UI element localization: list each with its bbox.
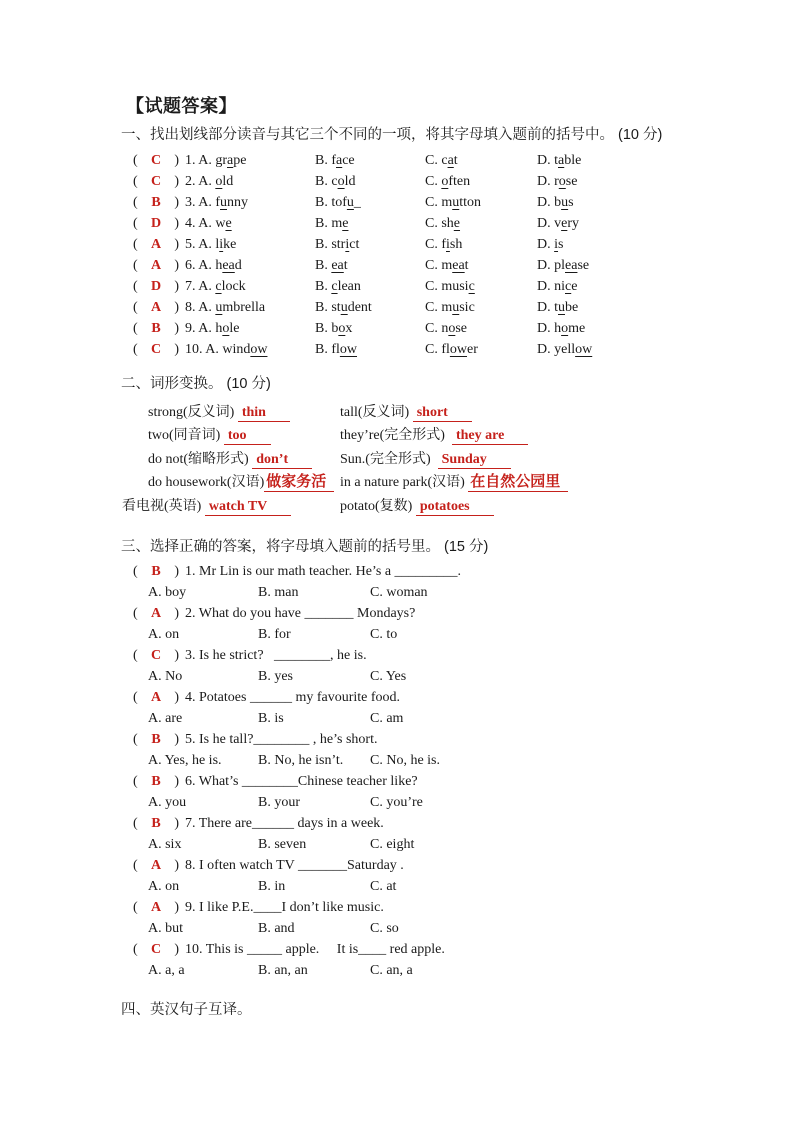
option-b: B. yes <box>258 666 370 687</box>
option-b: B. No, he isn’t. <box>258 750 370 771</box>
underlined-letters: ea <box>222 258 234 273</box>
option-b: B. is <box>258 708 370 729</box>
answer-letter: D <box>138 213 175 234</box>
option-d: D. bus <box>537 192 793 213</box>
transform-item: tall(反义词) short <box>340 401 793 424</box>
question-stem: 4. Potatoes ______ my favourite food. <box>185 687 400 708</box>
close-paren: ) <box>174 561 179 582</box>
option-d: D. yellow <box>537 339 793 360</box>
underlined-letters: i <box>345 237 349 252</box>
option-a: 4. A. we <box>185 213 315 234</box>
close-paren: ) <box>174 276 179 297</box>
option-b: B. cold <box>315 171 425 192</box>
option-c: C. woman <box>370 582 793 603</box>
item-answer: 在自然公园里 <box>468 474 568 492</box>
item-answer: don’t <box>252 452 312 469</box>
transform-item: Sun.(完全形式) Sunday <box>340 448 793 471</box>
underlined-letters: a <box>558 153 564 168</box>
underlined-letters: i <box>219 237 223 252</box>
item-label: potato(复数) <box>340 499 416 514</box>
option-a: A. on <box>148 876 258 897</box>
option-b: B. strict <box>315 234 425 255</box>
option-c: C. music <box>425 276 537 297</box>
close-paren: ) <box>174 339 179 360</box>
option-a: 3. A. funny <box>185 192 315 213</box>
option-b: B. in <box>258 876 370 897</box>
question-row: (B)1. Mr Lin is our math teacher. He’s a… <box>133 561 793 582</box>
section1-questions: (C)1. A. grapeB. faceC. catD. table(C)2.… <box>0 150 793 360</box>
question-block: (C)3. Is he strict? ________, he is.A. N… <box>0 645 793 687</box>
underlined-letters: u <box>452 300 459 315</box>
option-a: A. Yes, he is. <box>148 750 258 771</box>
close-paren: ) <box>174 897 179 918</box>
close-paren: ) <box>174 213 179 234</box>
transform-item: 看电视(英语) watch TV <box>122 495 340 518</box>
transform-item: strong(反义词) thin <box>148 401 340 424</box>
underlined-letters: ea <box>565 258 577 273</box>
question-row: (B)6. What’s ________Chinese teacher lik… <box>133 771 793 792</box>
answer-letter: D <box>138 276 175 297</box>
transform-row: 看电视(英语) watch TVpotato(复数) potatoes <box>122 495 793 518</box>
close-paren: ) <box>174 939 179 960</box>
answer-bracket: (B) <box>133 813 185 834</box>
close-paren: ) <box>174 192 179 213</box>
option-a: 2. A. old <box>185 171 315 192</box>
item-answer: thin <box>238 405 290 422</box>
option-c: C. eight <box>370 834 793 855</box>
question-stem: 2. What do you have _______ Mondays? <box>185 603 415 624</box>
item-label: in a nature park(汉语) <box>340 475 468 490</box>
question-row: (C)3. Is he strict? ________, he is. <box>133 645 793 666</box>
section2-heading: 二、词形变换。 (10 分) <box>121 375 793 394</box>
answer-bracket: (B) <box>133 192 185 213</box>
option-a: A. you <box>148 792 258 813</box>
option-c: C. nose <box>425 318 537 339</box>
question-row: (C)1. A. grapeB. faceC. catD. table <box>133 150 793 171</box>
answer-letter: A <box>138 687 175 708</box>
option-c: C. so <box>370 918 793 939</box>
answer-letter: B <box>138 318 175 339</box>
option-c: C. meat <box>425 255 537 276</box>
answer-letter: B <box>138 561 175 582</box>
question-row: (A)2. What do you have _______ Mondays? <box>133 603 793 624</box>
option-a: A. a, a <box>148 960 258 981</box>
question-row: (C)2. A. oldB. coldC. oftenD. rose <box>133 171 793 192</box>
answer-letter: A <box>138 255 175 276</box>
close-paren: ) <box>174 645 179 666</box>
item-label: tall(反义词) <box>340 405 413 420</box>
option-a: 7. A. clock <box>185 276 315 297</box>
answer-bracket: (B) <box>133 771 185 792</box>
question-row: (A)8. I often watch TV _______Saturday . <box>133 855 793 876</box>
question-row: (A)6. A. headB. eatC. meatD. please <box>133 255 793 276</box>
item-answer: too <box>224 428 271 445</box>
underlined-letters: o <box>441 174 448 189</box>
answer-sheet-page: 【试题答案】 一、找出划线部分读音与其它三个不同的一项，将其字母填入题前的括号中… <box>0 0 793 1122</box>
close-paren: ) <box>174 729 179 750</box>
answer-letter: B <box>138 729 175 750</box>
option-a: A. No <box>148 666 258 687</box>
page-title: 【试题答案】 <box>126 95 793 117</box>
option-a: A. are <box>148 708 258 729</box>
answer-letter: C <box>138 171 175 192</box>
options-row: A. Yes, he is.B. No, he isn’t.C. No, he … <box>148 750 793 771</box>
close-paren: ) <box>174 603 179 624</box>
answer-letter: A <box>138 603 175 624</box>
option-c: C. am <box>370 708 793 729</box>
question-row: (C)10. A. windowB. flowC. flowerD. yello… <box>133 339 793 360</box>
options-row: A. NoB. yesC. Yes <box>148 666 793 687</box>
option-a: 8. A. umbrella <box>185 297 315 318</box>
question-stem: 3. Is he strict? ________, he is. <box>185 645 367 666</box>
underlined-letters: e <box>225 216 231 231</box>
answer-bracket: (B) <box>133 729 185 750</box>
item-answer: potatoes <box>416 499 494 516</box>
option-a: A. boy <box>148 582 258 603</box>
options-row: A. youB. yourC. you’re <box>148 792 793 813</box>
answer-bracket: (D) <box>133 213 185 234</box>
option-c: C. at <box>370 876 793 897</box>
question-row: (A)8. A. umbrellaB. studentC. musicD. tu… <box>133 297 793 318</box>
answer-bracket: (C) <box>133 939 185 960</box>
answer-bracket: (A) <box>133 855 185 876</box>
option-c: C. No, he is. <box>370 750 793 771</box>
answer-bracket: (A) <box>133 297 185 318</box>
underlined-letters: a <box>336 153 342 168</box>
close-paren: ) <box>174 318 179 339</box>
transform-item: do housework(汉语)做家务活 <box>148 471 340 494</box>
question-block: (B)6. What’s ________Chinese teacher lik… <box>0 771 793 813</box>
answer-letter: C <box>138 645 175 666</box>
option-b: B. and <box>258 918 370 939</box>
transform-row: do not(缩略形式) don’tSun.(完全形式) Sunday <box>148 448 793 471</box>
underlined-letters: o <box>222 321 229 336</box>
item-label: two(同音词) <box>148 428 224 443</box>
question-block: (B)5. Is he tall?________ , he’s short.A… <box>0 729 793 771</box>
answer-letter: C <box>138 150 175 171</box>
underlined-letters: o <box>338 174 345 189</box>
underlined-letters: e <box>561 216 567 231</box>
item-answer: Sunday <box>438 452 511 469</box>
option-c: C. you’re <box>370 792 793 813</box>
underlined-letters: u <box>341 300 348 315</box>
close-paren: ) <box>174 687 179 708</box>
question-block: (B)7. There are______ days in a week.A. … <box>0 813 793 855</box>
item-answer: short <box>413 405 472 422</box>
section1-heading: 一、找出划线部分读音与其它三个不同的一项，将其字母填入题前的括号中。 (10 分… <box>121 126 793 145</box>
close-paren: ) <box>174 813 179 834</box>
question-block: (C)10. This is _____ apple. It is____ re… <box>0 939 793 981</box>
option-b: B. flow <box>315 339 425 360</box>
question-stem: 10. This is _____ apple. It is____ red a… <box>185 939 445 960</box>
option-b: B. man <box>258 582 370 603</box>
answer-letter: B <box>138 192 175 213</box>
item-label: do not(缩略形式) <box>148 452 252 467</box>
item-answer: watch TV <box>205 499 291 516</box>
close-paren: ) <box>174 150 179 171</box>
transform-item: do not(缩略形式) don’t <box>148 448 340 471</box>
answer-bracket: (B) <box>133 318 185 339</box>
question-row: (D)4. A. weB. meC. sheD. very <box>133 213 793 234</box>
item-answer: they are <box>452 428 528 445</box>
options-row: A. a, aB. an, anC. an, a <box>148 960 793 981</box>
item-label: they’re(完全形式) <box>340 428 452 443</box>
option-a: A. six <box>148 834 258 855</box>
option-b: B. seven <box>258 834 370 855</box>
underlined-letters: o <box>215 174 222 189</box>
question-stem: 9. I like P.E.____I don’t like music. <box>185 897 384 918</box>
option-d: D. rose <box>537 171 793 192</box>
close-paren: ) <box>174 255 179 276</box>
underlined-letters: u <box>561 195 568 210</box>
question-stem: 1. Mr Lin is our math teacher. He’s a __… <box>185 561 461 582</box>
answer-bracket: (C) <box>133 150 185 171</box>
underlined-letters: c <box>469 279 475 294</box>
underlined-letters: c <box>331 279 337 294</box>
answer-letter: A <box>138 855 175 876</box>
option-b: B. student <box>315 297 425 318</box>
answer-letter: B <box>138 771 175 792</box>
options-row: A. areB. isC. am <box>148 708 793 729</box>
option-c: C. cat <box>425 150 537 171</box>
option-c: C. music <box>425 297 537 318</box>
option-c: C. often <box>425 171 537 192</box>
answer-letter: A <box>138 297 175 318</box>
question-row: (B)7. There are______ days in a week. <box>133 813 793 834</box>
item-label: do housework(汉语) <box>148 475 264 490</box>
transform-row: strong(反义词) thintall(反义词) short <box>148 401 793 424</box>
underlined-letters: u <box>215 300 222 315</box>
question-row: (B)9. A. holeB. boxC. noseD. home <box>133 318 793 339</box>
option-c: C. to <box>370 624 793 645</box>
underlined-letters: a <box>227 153 233 168</box>
question-stem: 6. What’s ________Chinese teacher like? <box>185 771 418 792</box>
question-block: (A)4. Potatoes ______ my favourite food.… <box>0 687 793 729</box>
question-row: (B)3. A. funnyB. tofu_C. muttonD. bus <box>133 192 793 213</box>
underlined-letters: u <box>558 300 565 315</box>
section3-heading: 三、选择正确的答案，将字母填入题前的括号里。 (15 分) <box>121 538 793 557</box>
underlined-letters: ow <box>340 342 357 357</box>
option-a: 10. A. window <box>185 339 315 360</box>
question-row: (A)5. A. likeB. strictC. fishD. is <box>133 234 793 255</box>
underlined-letters: u <box>452 195 459 210</box>
underlined-letters: a <box>448 153 454 168</box>
options-row: A. onB. forC. to <box>148 624 793 645</box>
underlined-letters: ow <box>250 342 267 357</box>
option-d: D. table <box>537 150 793 171</box>
question-row: (A)9. I like P.E.____I don’t like music. <box>133 897 793 918</box>
underlined-letters: i <box>554 237 558 252</box>
question-stem: 8. I often watch TV _______Saturday . <box>185 855 404 876</box>
options-row: A. butB. andC. so <box>148 918 793 939</box>
transform-item: potato(复数) potatoes <box>340 495 793 518</box>
option-c: C. an, a <box>370 960 793 981</box>
answer-bracket: (A) <box>133 234 185 255</box>
answer-bracket: (A) <box>133 687 185 708</box>
underlined-letters: u <box>347 195 354 210</box>
question-stem: 5. Is he tall?________ , he’s short. <box>185 729 377 750</box>
option-c: C. fish <box>425 234 537 255</box>
section4-heading: 四、英汉句子互译。 <box>121 1001 793 1020</box>
close-paren: ) <box>174 234 179 255</box>
answer-bracket: (B) <box>133 561 185 582</box>
underlined-letters: e <box>342 216 348 231</box>
transform-item: they’re(完全形式) they are <box>340 424 793 447</box>
option-a: A. on <box>148 624 258 645</box>
transform-row: do housework(汉语)做家务活in a nature park(汉语)… <box>148 471 793 494</box>
answer-bracket: (D) <box>133 276 185 297</box>
close-paren: ) <box>174 171 179 192</box>
answer-bracket: (C) <box>133 645 185 666</box>
underlined-letters: i <box>446 237 450 252</box>
answer-bracket: (C) <box>133 339 185 360</box>
option-a: 6. A. head <box>185 255 315 276</box>
question-row: (B)5. Is he tall?________ , he’s short. <box>133 729 793 750</box>
close-paren: ) <box>174 771 179 792</box>
answer-letter: C <box>138 939 175 960</box>
option-c: C. mutton <box>425 192 537 213</box>
option-c: C. she <box>425 213 537 234</box>
underlined-letters: o <box>559 174 566 189</box>
option-d: D. nice <box>537 276 793 297</box>
option-b: B. face <box>315 150 425 171</box>
option-d: D. is <box>537 234 793 255</box>
underlined-letters: c <box>565 279 571 294</box>
question-row: (A)4. Potatoes ______ my favourite food. <box>133 687 793 708</box>
item-label: strong(反义词) <box>148 405 238 420</box>
underlined-letters: e <box>454 216 460 231</box>
option-b: B. box <box>315 318 425 339</box>
option-b: B. an, an <box>258 960 370 981</box>
answer-letter: C <box>138 339 175 360</box>
option-a: 5. A. like <box>185 234 315 255</box>
question-block: (A)2. What do you have _______ Mondays?A… <box>0 603 793 645</box>
options-row: A. boyB. manC. woman <box>148 582 793 603</box>
option-a: 9. A. hole <box>185 318 315 339</box>
underlined-letters: ow <box>450 342 467 357</box>
option-c: C. flower <box>425 339 537 360</box>
question-row: (C)10. This is _____ apple. It is____ re… <box>133 939 793 960</box>
option-d: D. please <box>537 255 793 276</box>
close-paren: ) <box>174 855 179 876</box>
underlined-letters: c <box>215 279 221 294</box>
transform-item: two(同音词) too <box>148 424 340 447</box>
answer-letter: A <box>138 234 175 255</box>
options-row: A. sixB. sevenC. eight <box>148 834 793 855</box>
option-b: B. eat <box>315 255 425 276</box>
underlined-letters: u <box>220 195 227 210</box>
answer-bracket: (A) <box>133 603 185 624</box>
options-row: A. onB. inC. at <box>148 876 793 897</box>
underlined-letters: o <box>338 321 345 336</box>
option-b: B. tofu_ <box>315 192 425 213</box>
section2-items: strong(反义词) thintall(反义词) shorttwo(同音词) … <box>0 401 793 518</box>
answer-bracket: (C) <box>133 171 185 192</box>
answer-bracket: (A) <box>133 255 185 276</box>
option-d: D. tube <box>537 297 793 318</box>
item-answer: 做家务活 <box>264 474 334 492</box>
option-d: D. very <box>537 213 793 234</box>
option-c: C. Yes <box>370 666 793 687</box>
question-block: (B)1. Mr Lin is our math teacher. He’s a… <box>0 561 793 603</box>
option-b: B. your <box>258 792 370 813</box>
underlined-letters: ow <box>575 342 592 357</box>
underlined-letters: o <box>448 321 455 336</box>
item-label: 看电视(英语) <box>122 499 205 514</box>
underlined-letters: ea <box>331 258 343 273</box>
option-a: A. but <box>148 918 258 939</box>
option-a: 1. A. grape <box>185 150 315 171</box>
answer-letter: B <box>138 813 175 834</box>
close-paren: ) <box>174 297 179 318</box>
question-row: (D)7. A. clockB. cleanC. musicD. nice <box>133 276 793 297</box>
option-b: B. clean <box>315 276 425 297</box>
underlined-letters: ea <box>452 258 464 273</box>
question-block: (A)8. I often watch TV _______Saturday .… <box>0 855 793 897</box>
section3-questions: (B)1. Mr Lin is our math teacher. He’s a… <box>0 561 793 981</box>
answer-bracket: (A) <box>133 897 185 918</box>
question-block: (A)9. I like P.E.____I don’t like music.… <box>0 897 793 939</box>
question-stem: 7. There are______ days in a week. <box>185 813 384 834</box>
answer-letter: A <box>138 897 175 918</box>
transform-row: two(同音词) toothey’re(完全形式) they are <box>148 424 793 447</box>
option-b: B. me <box>315 213 425 234</box>
option-d: D. home <box>537 318 793 339</box>
item-label: Sun.(完全形式) <box>340 452 438 467</box>
option-b: B. for <box>258 624 370 645</box>
transform-item: in a nature park(汉语) 在自然公园里 <box>340 471 793 494</box>
underlined-letters: o <box>561 321 568 336</box>
